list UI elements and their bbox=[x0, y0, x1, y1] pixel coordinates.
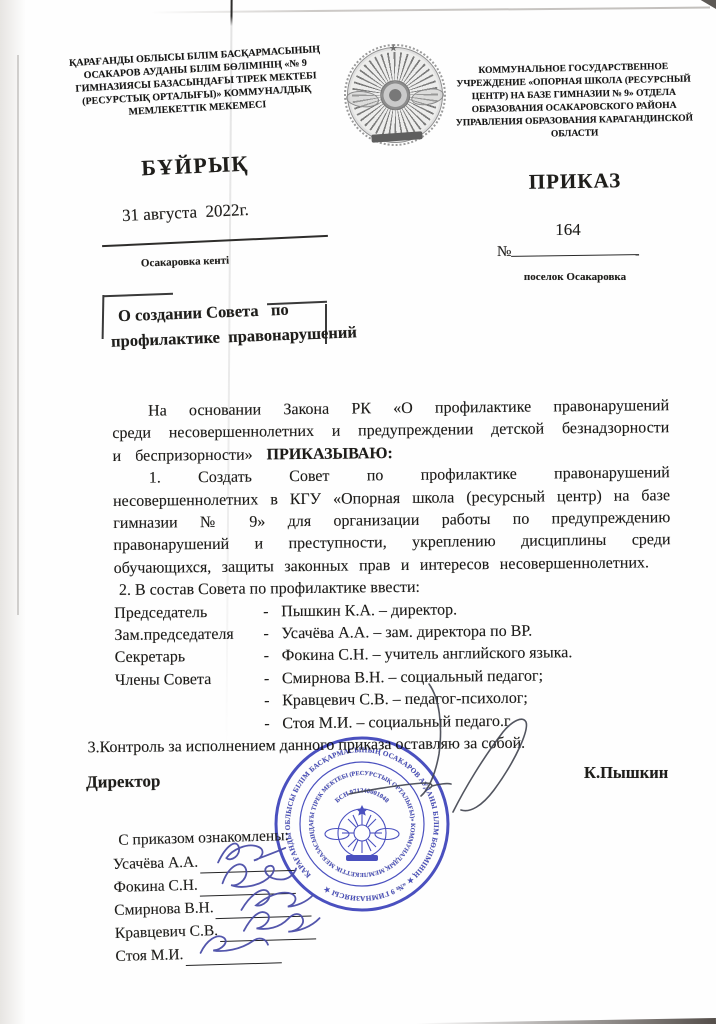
member-dash: - bbox=[263, 623, 281, 646]
preamble-paragraph: На основании Закона РК «О профилактике п… bbox=[112, 395, 670, 468]
acknowledged-name: Усачёва А.А. bbox=[113, 851, 199, 876]
acknowledged-name: Смирнова В.Н. bbox=[114, 896, 214, 922]
scan-bottom-right-shadow bbox=[416, 1018, 716, 1024]
acknowledged-row: Стоя М.И. bbox=[115, 939, 317, 968]
member-role bbox=[115, 713, 264, 737]
item-1: 1. Создать Совет по профилактике правона… bbox=[113, 462, 671, 580]
member-role bbox=[115, 691, 264, 715]
acknowledged-name: Фокина С.Н. bbox=[113, 874, 198, 899]
subject-line-1: О создании Совета по bbox=[118, 300, 289, 327]
date-underline bbox=[102, 235, 328, 247]
member-dash: - bbox=[264, 691, 282, 714]
subject-line-2: профилактике правонарушений bbox=[111, 322, 357, 351]
member-role: Члены Совета bbox=[115, 668, 264, 692]
star-icon: ★ bbox=[389, 43, 397, 54]
acknowledgement-block: С приказом ознакомлены: Усачёва А.А. Фок… bbox=[112, 823, 317, 968]
acknowledged-name: Стоя М.И. bbox=[115, 943, 184, 968]
org-name-kazakh: ҚАРАҒАНДЫ ОБЛЫСЫ БІЛІМ БАСҚАРМАСЫНЫҢ ОСА… bbox=[50, 42, 341, 123]
place-russian: поселок Осакаровка bbox=[455, 271, 695, 283]
member-dash: - bbox=[264, 646, 282, 669]
member-role: Секретарь bbox=[115, 646, 264, 670]
kazakhstan-coat-of-arms-icon: ★ bbox=[342, 42, 447, 147]
member-dash: - bbox=[264, 668, 282, 691]
number-blank-line bbox=[511, 242, 639, 257]
number-sign-label: № bbox=[497, 244, 511, 260]
order-number: 164 bbox=[528, 220, 608, 240]
member-dash: - bbox=[263, 601, 281, 624]
place-kazakh: Осакаровка кенті bbox=[60, 252, 310, 273]
member-role: Зам.председателя bbox=[114, 623, 263, 647]
org-name-russian: КОММУНАЛЬНОЕ ГОСУДАРСТВЕННОЕ УЧРЕЖДЕНИЕ … bbox=[451, 60, 697, 143]
director-label: Директор bbox=[86, 771, 161, 792]
order-title-russian: ПРИКАЗ bbox=[455, 167, 695, 196]
director-signature bbox=[335, 680, 605, 830]
order-title-kazakh: БҰЙРЫҚ bbox=[60, 147, 331, 185]
scan-left-edge-line bbox=[17, 55, 19, 615]
resolve-word: ПРИКАЗЫВАЮ: bbox=[267, 445, 393, 463]
scan-left-shading bbox=[0, 0, 26, 1024]
emblem-shanyrak bbox=[380, 80, 411, 111]
subject-box-top-left-line bbox=[103, 293, 173, 297]
order-number-row: № bbox=[497, 243, 639, 261]
member-role: Председатель bbox=[114, 601, 263, 625]
scan-top-edge-line bbox=[150, 7, 710, 13]
handwritten-signature bbox=[193, 925, 280, 965]
scanned-order-document: ҚАРАҒАНДЫ ОБЛЫСЫ БІЛІМ БАСҚАРМАСЫНЫҢ ОСА… bbox=[0, 0, 716, 1024]
subject-box-left-line bbox=[102, 295, 105, 339]
